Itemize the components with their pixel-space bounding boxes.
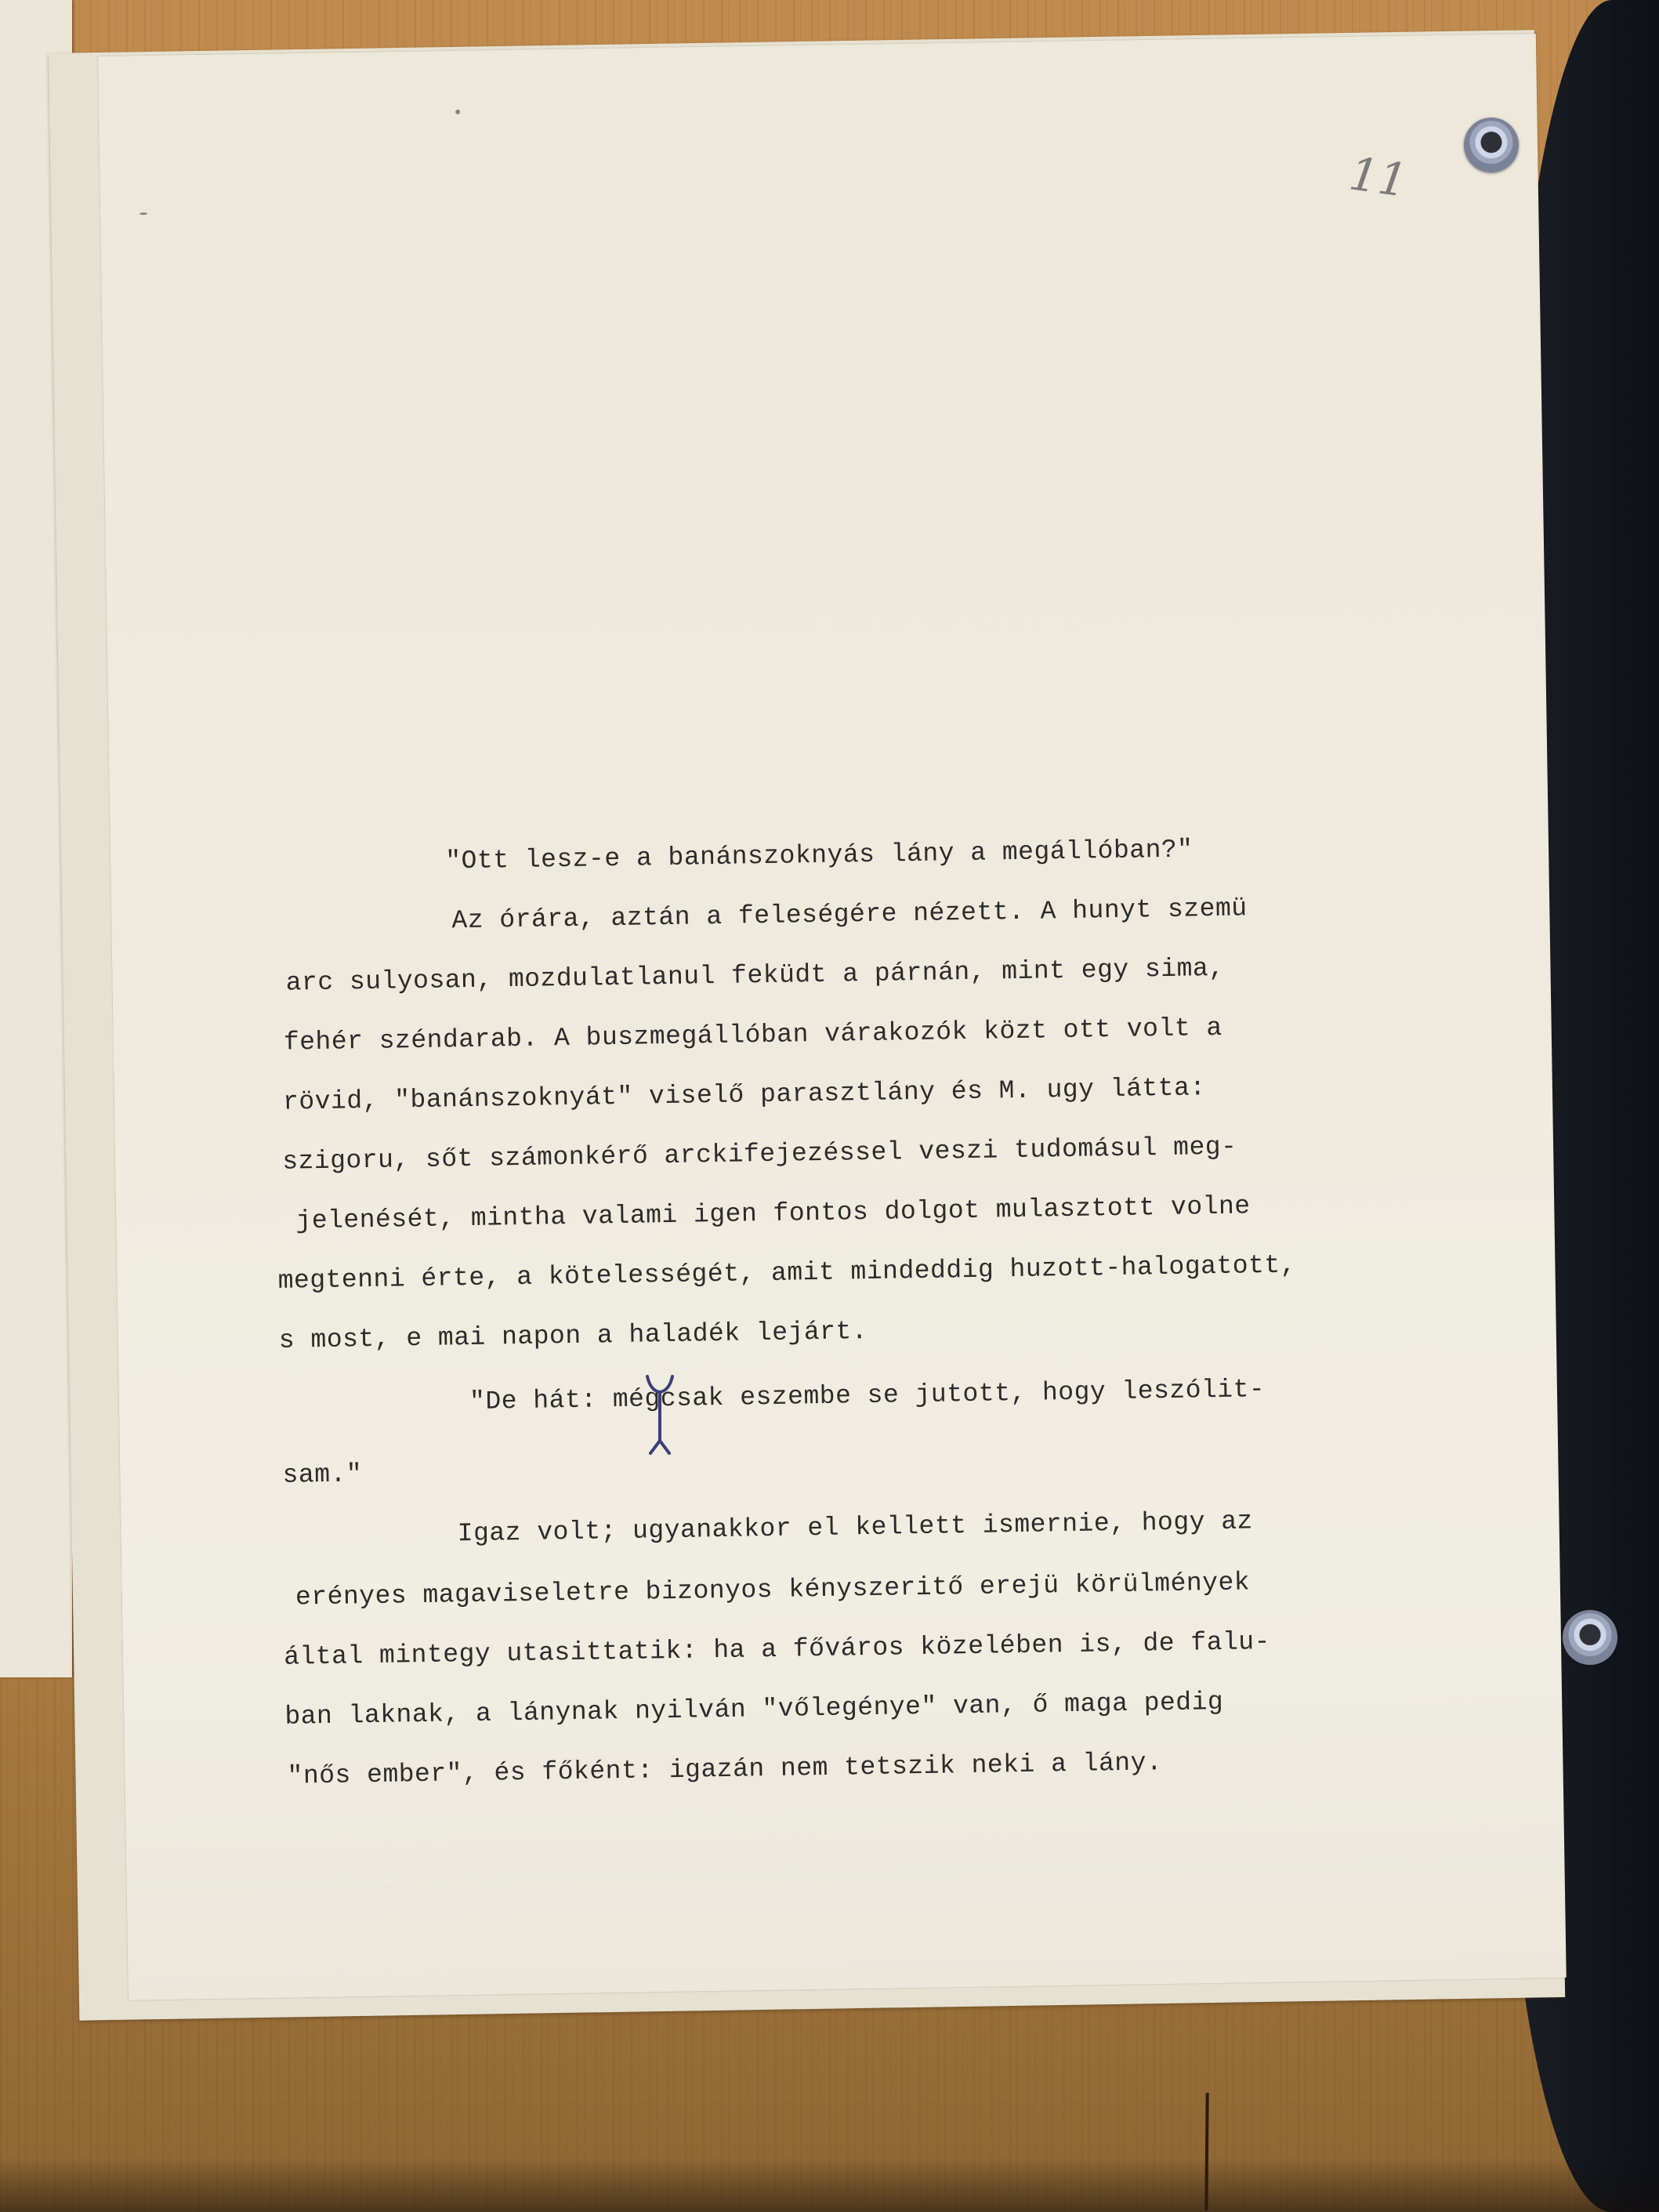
metal-grommet-icon: [1563, 1610, 1617, 1665]
paper-speck: [455, 110, 460, 114]
text-line: sam.": [282, 1456, 362, 1494]
paper-speck: [139, 212, 147, 215]
handwritten-page-number: 11: [1346, 147, 1411, 208]
metal-grommet-icon: [1464, 118, 1519, 172]
board-shadow: [0, 2157, 1659, 2212]
proofreading-space-mark: [644, 1373, 676, 1456]
